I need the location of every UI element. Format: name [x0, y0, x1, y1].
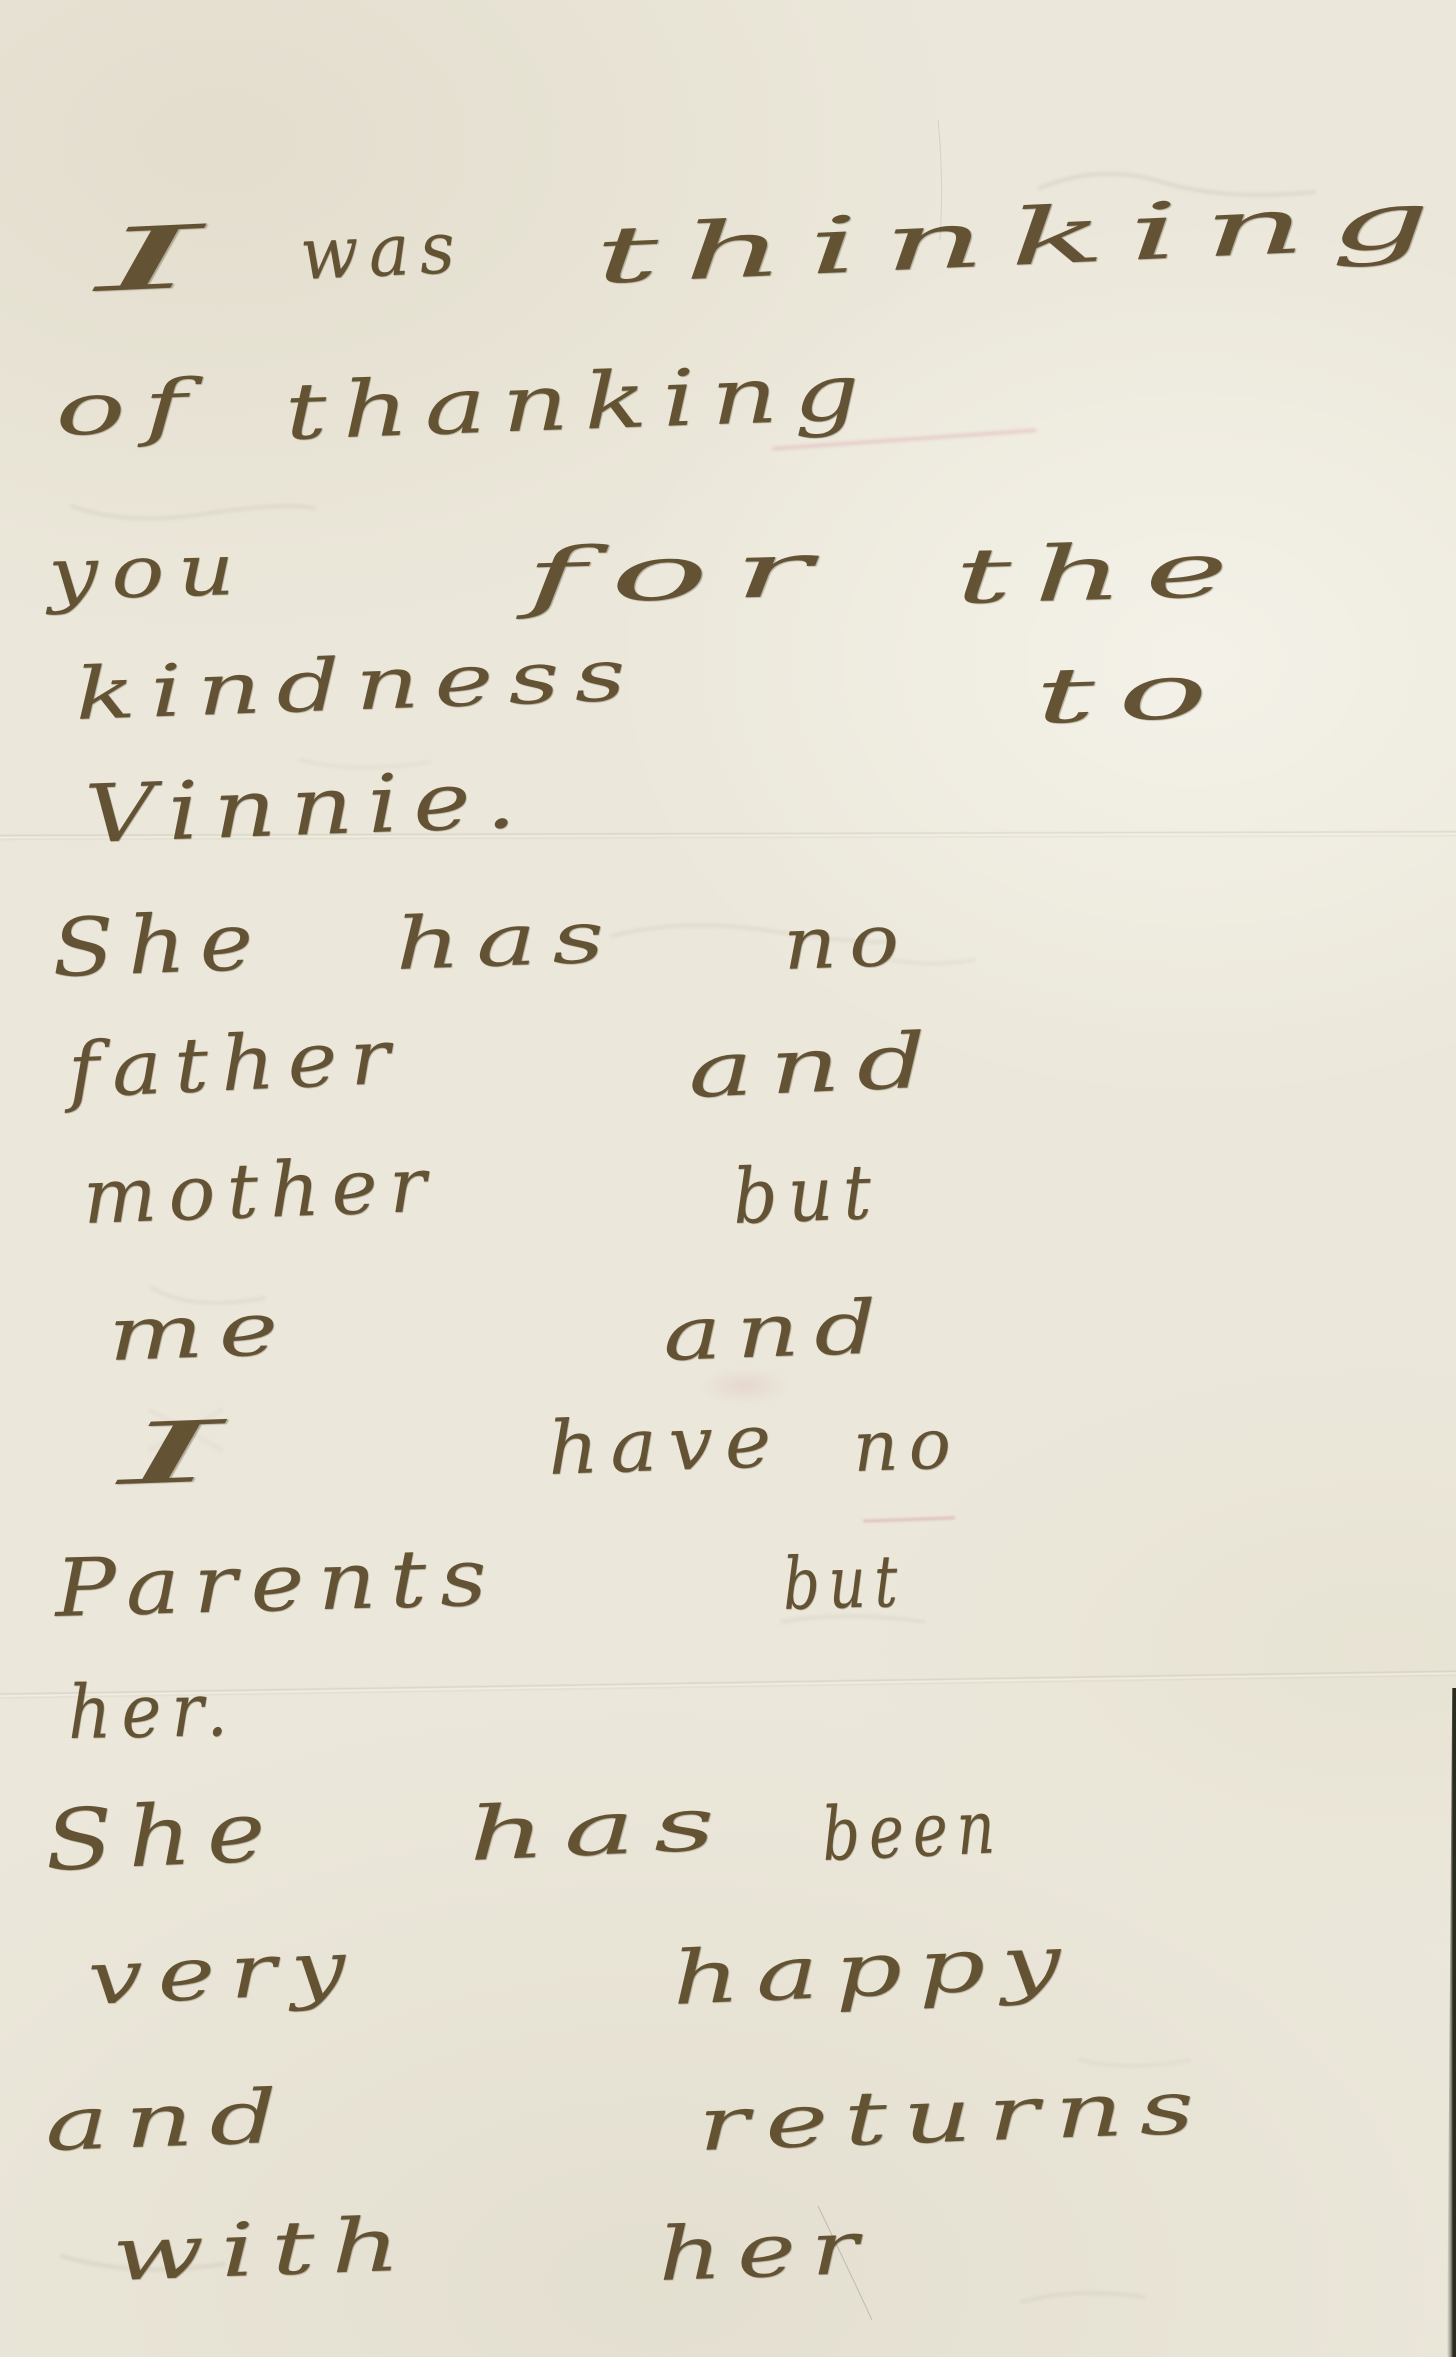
- letter-paper: Iwasthinkingofthankingyouforthekindnesst…: [0, 0, 1456, 2357]
- handwritten-word: Parents: [54, 1530, 501, 1635]
- handwritten-word: her.: [67, 1667, 238, 1756]
- handwritten-word: no: [782, 898, 913, 986]
- handwritten-word: thinking: [593, 175, 1456, 302]
- handwritten-word: have: [546, 1398, 784, 1492]
- handwritten-word: and: [43, 2073, 295, 2168]
- handwritten-word: mother: [81, 1140, 439, 1241]
- handwritten-word: very: [86, 1924, 362, 2022]
- handwritten-word: to: [1033, 645, 1231, 741]
- handwritten-word: She: [50, 895, 268, 995]
- handwritten-word: but: [782, 1539, 907, 1626]
- handwritten-word: I: [116, 1401, 266, 1504]
- handwritten-word: but: [731, 1147, 882, 1241]
- handwritten-word: kindness: [74, 632, 642, 736]
- handwritten-word: thanking: [283, 347, 876, 458]
- handwritten-word: has: [466, 1780, 735, 1877]
- handwritten-word: has: [394, 894, 621, 986]
- handwritten-word: of: [54, 363, 206, 452]
- handwritten-word: happy: [670, 1918, 1078, 2022]
- handwritten-word: returns: [696, 2064, 1211, 2168]
- handwritten-word: and: [661, 1284, 893, 1378]
- handwritten-word: Vinnie.: [83, 752, 532, 860]
- handwritten-word: She: [43, 1782, 282, 1890]
- handwritten-word: was: [298, 205, 466, 296]
- handwritten-word: no: [852, 1402, 963, 1488]
- handwriting-layer: Iwasthinkingofthankingyouforthekindnesst…: [0, 0, 1456, 2357]
- handwritten-word: and: [686, 1015, 945, 1115]
- handwritten-word: I: [93, 206, 247, 312]
- handwritten-word: the: [954, 524, 1251, 621]
- handwritten-word: for: [524, 524, 837, 621]
- handwritten-word: me: [106, 1286, 294, 1378]
- handwritten-word: father: [66, 1011, 404, 1115]
- handwritten-word: you: [47, 527, 249, 616]
- handwritten-word: been: [820, 1784, 1005, 1878]
- handwritten-word: with: [110, 2201, 417, 2298]
- handwritten-word: her: [656, 2205, 874, 2298]
